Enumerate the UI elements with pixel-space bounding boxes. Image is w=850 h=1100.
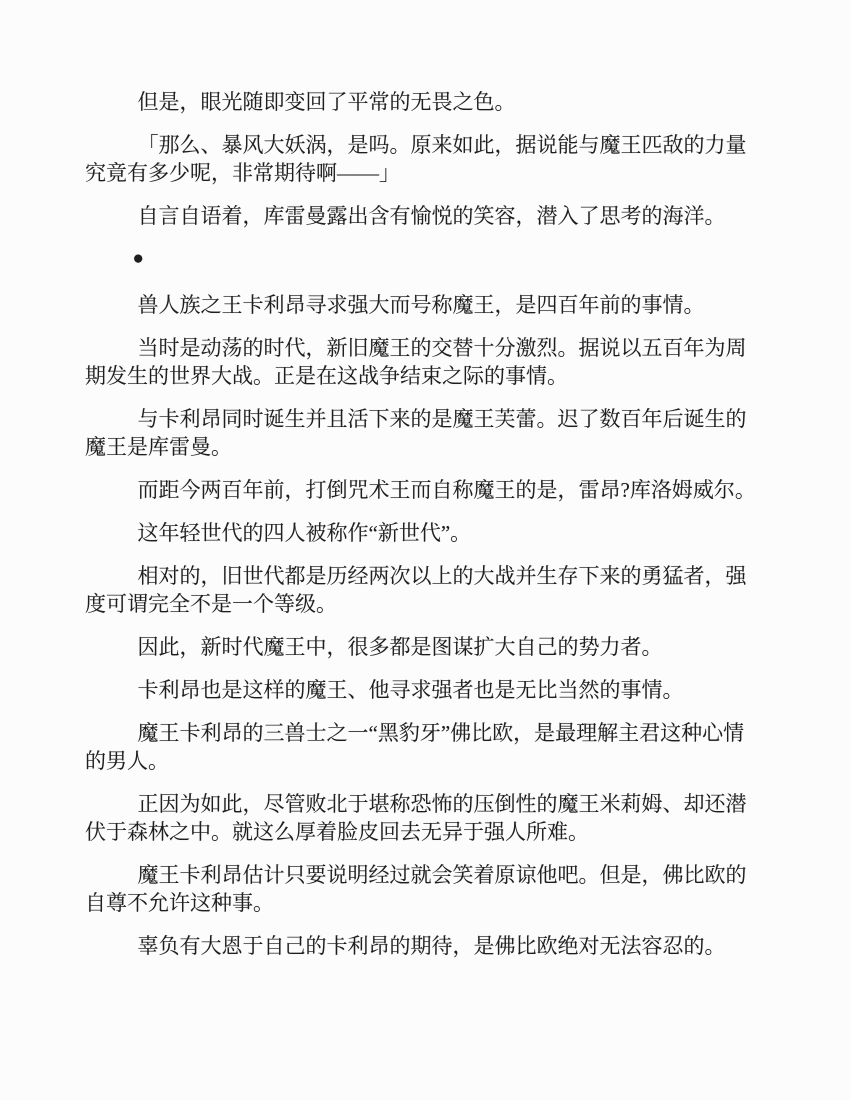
paragraph: 当时是动荡的时代，新旧魔王的交替十分激烈。据说以五百年为周期发生的世界大战。正是… xyxy=(85,334,765,390)
paragraph: 兽人族之王卡利昂寻求强大而号称魔王，是四百年前的事情。 xyxy=(85,291,765,319)
paragraph: 但是，眼光随即变回了平常的无畏之色。 xyxy=(85,88,765,116)
paragraph: 与卡利昂同时诞生并且活下来的是魔王芙蕾。迟了数百年后诞生的魔王是库雷曼。 xyxy=(85,405,765,461)
paragraph: 这年轻世代的四人被称作“新世代”。 xyxy=(85,519,765,547)
paragraph: 「那么、暴风大妖涡，是吗。原来如此，据说能与魔王匹敌的力量究竟有多少呢，非常期待… xyxy=(85,131,765,187)
paragraph: 正因为如此，尽管败北于堪称恐怖的压倒性的魔王米莉姆、却还潜伏于森林之中。就这么厚… xyxy=(85,790,765,846)
paragraph: 魔王卡利昂的三兽士之一“黑豹牙”佛比欧，是最理解主君这种心情的男人。 xyxy=(85,719,765,775)
paragraph: 因此，新时代魔王中，很多都是图谋扩大自己的势力者。 xyxy=(85,633,765,661)
text-content: 但是，眼光随即变回了平常的无畏之色。「那么、暴风大妖涡，是吗。原来如此，据说能与… xyxy=(85,88,765,960)
paragraph: 而距今两百年前，打倒咒术王而自称魔王的是，雷昂?库洛姆威尔。 xyxy=(85,476,765,504)
paragraph: 辜负有大恩于自己的卡利昂的期待，是佛比欧绝对无法容忍的。 xyxy=(85,932,765,960)
section-break-bullet: ● xyxy=(85,245,765,273)
paragraph: 自言自语着，库雷曼露出含有愉悦的笑容，潜入了思考的海洋。 xyxy=(85,202,765,230)
paragraph: 相对的，旧世代都是历经两次以上的大战并生存下来的勇猛者，强度可谓完全不是一个等级… xyxy=(85,562,765,618)
document-page: 但是，眼光随即变回了平常的无畏之色。「那么、暴风大妖涡，是吗。原来如此，据说能与… xyxy=(0,0,850,1100)
paragraph: 魔王卡利昂估计只要说明经过就会笑着原谅他吧。但是，佛比欧的自尊不允许这种事。 xyxy=(85,861,765,917)
paragraph: 卡利昂也是这样的魔王、他寻求强者也是无比当然的事情。 xyxy=(85,676,765,704)
scanned-novel-page: { "page": { "kind": "novel-text-page", "… xyxy=(0,0,850,1100)
